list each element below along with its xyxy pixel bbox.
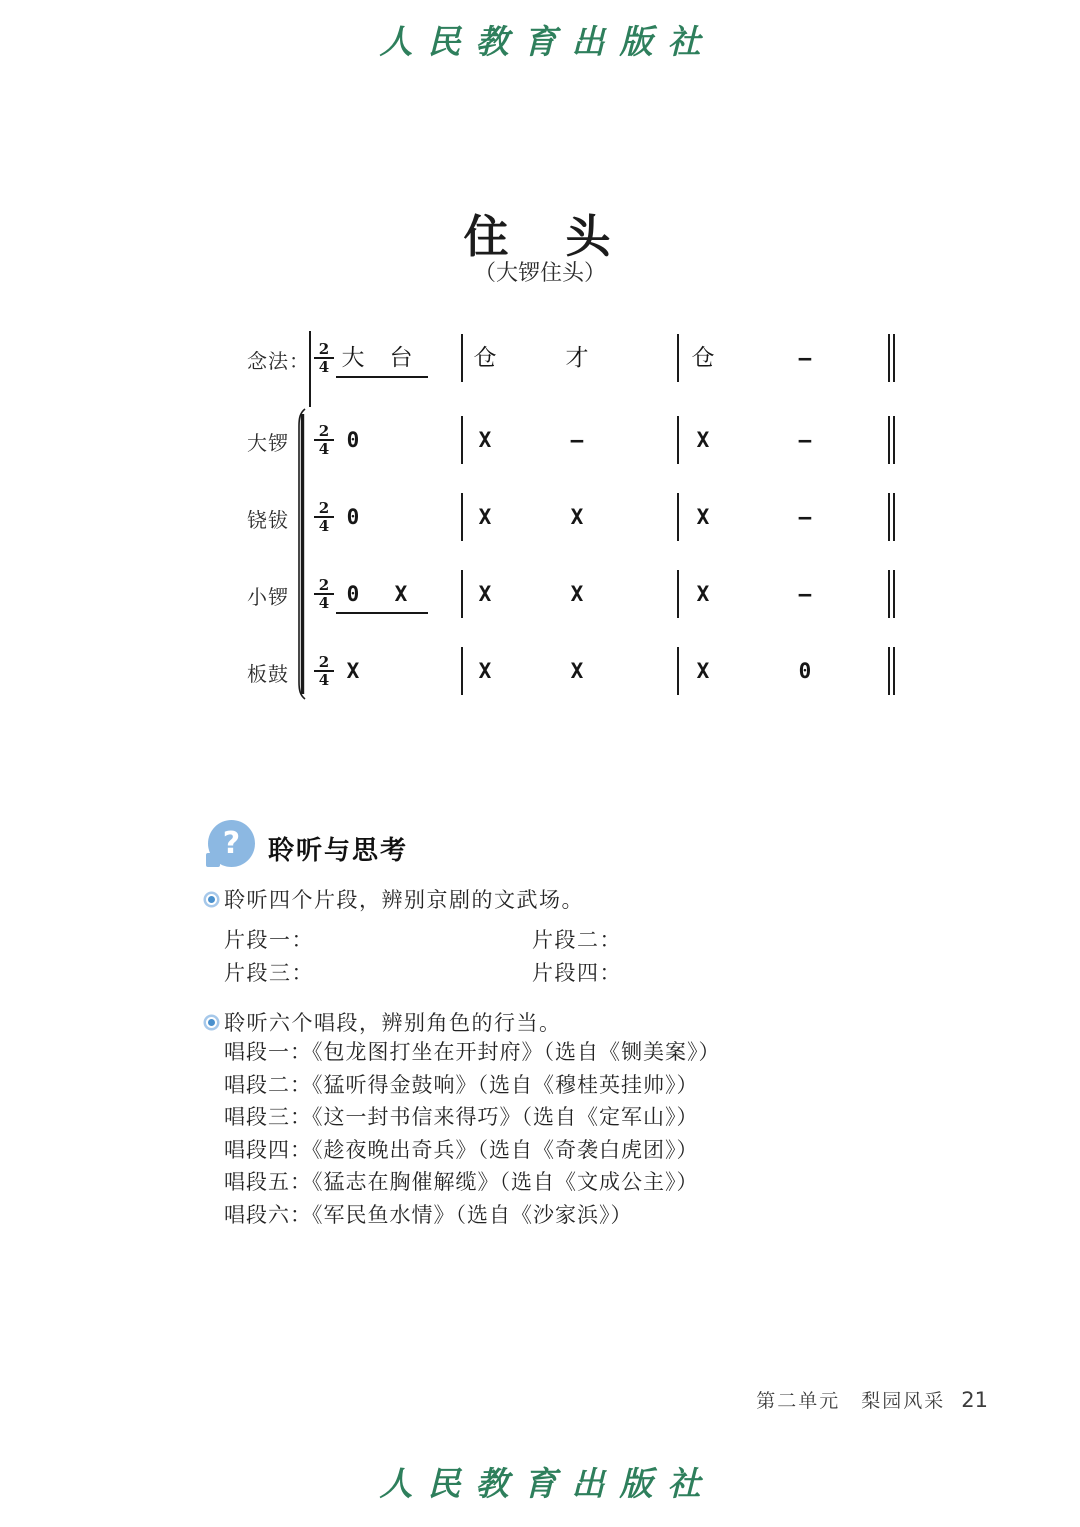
meter-bottom: 4 (314, 673, 334, 687)
note-cell: X (560, 654, 594, 688)
barline (677, 493, 679, 541)
section-heading: 聆听与思考 (268, 830, 408, 867)
score-row-xiaoluo: 小锣 2 4 0 X X X X – (0, 564, 1080, 624)
bullet-icon (206, 1017, 217, 1028)
barline (461, 334, 463, 382)
meter-top: 2 (314, 424, 334, 438)
start-barline (309, 331, 311, 407)
meter-top: 2 (314, 655, 334, 669)
final-barline (888, 493, 890, 541)
note-cell: X (468, 654, 502, 688)
blank-label-clip3: 片段三： (224, 958, 314, 988)
blank-label-clip1: 片段一： (224, 925, 314, 955)
aria-item-4: 唱段四：《趁夜晚出奇兵》（选自《奇袭白虎团》） (224, 1134, 721, 1167)
blank-label-clip2: 片段二： (532, 925, 622, 955)
final-barline (893, 570, 895, 618)
score-row-nianfa: 念法： 2 4 大 台 仓 才 仓 – (0, 328, 1080, 388)
note-cell: – (560, 423, 594, 457)
note-cell: 台 (384, 341, 418, 375)
note-cell: 0 (336, 423, 370, 457)
note-cell: – (788, 577, 822, 611)
note-cell: 大 (336, 341, 370, 375)
note-cell: X (560, 500, 594, 534)
row-label: 大锣 (247, 427, 317, 456)
meter-bottom: 4 (314, 596, 334, 610)
publisher-logo-bottom: 人民教育出版社 (0, 1458, 1080, 1505)
barline (677, 334, 679, 382)
aria-item-3: 唱段三：《这一封书信来得巧》（选自《定军山》） (224, 1101, 721, 1134)
time-signature: 2 4 (314, 578, 334, 610)
score-row-bangu: 板鼓 2 4 X X X X 0 (0, 641, 1080, 701)
barline (461, 416, 463, 464)
note-cell: X (686, 500, 720, 534)
question-bubble-icon: ? (204, 820, 264, 880)
textbook-page: 人民教育出版社 住 头 （大锣住头） 念法： 2 4 大 台 仓 才 仓 – (0, 0, 1080, 1527)
final-barline (888, 570, 890, 618)
score-row-daluo: 大锣 2 4 0 X – X – (0, 410, 1080, 470)
note-cell: 才 (560, 341, 594, 375)
barline (677, 416, 679, 464)
row-label: 板鼓 (247, 658, 317, 687)
aria-item-1: 唱段一：《包龙图打坐在开封府》（选自《铡美案》） (224, 1036, 721, 1069)
page-footer: 第二单元 梨园风采 21 (756, 1386, 988, 1413)
barline (461, 570, 463, 618)
time-signature: 2 4 (314, 501, 334, 533)
aria-list: 唱段一：《包龙图打坐在开封府》（选自《铡美案》） 唱段二：《猛听得金鼓响》（选自… (224, 1036, 721, 1231)
page-number: 21 (961, 1388, 988, 1412)
note-cell: 0 (336, 577, 370, 611)
percussion-score: 念法： 2 4 大 台 仓 才 仓 – 大锣 2 4 (0, 0, 1080, 760)
question-2-prompt: 聆听六个唱段，辨别角色的行当。 (224, 1008, 562, 1038)
aria-item-6: 唱段六：《军民鱼水情》（选自《沙家浜》） (224, 1199, 721, 1232)
meter-bottom: 4 (314, 360, 334, 374)
meter-top: 2 (314, 501, 334, 515)
note-cell: 仓 (468, 341, 502, 375)
note-cell: – (788, 423, 822, 457)
final-barline (888, 647, 890, 695)
note-cell: X (686, 654, 720, 688)
time-signature: 2 4 (314, 342, 334, 374)
row-label: 念法： (247, 345, 317, 374)
note-cell: X (468, 423, 502, 457)
time-signature: 2 4 (314, 424, 334, 456)
note-cell: – (788, 500, 822, 534)
barline (677, 570, 679, 618)
final-barline (893, 493, 895, 541)
barline (677, 647, 679, 695)
eighth-note-beam (336, 612, 428, 614)
time-signature: 2 4 (314, 655, 334, 687)
note-cell: X (686, 577, 720, 611)
note-cell: 仓 (686, 341, 720, 375)
aria-item-2: 唱段二：《猛听得金鼓响》（选自《穆桂英挂帅》） (224, 1069, 721, 1102)
note-cell: X (686, 423, 720, 457)
note-cell: 0 (788, 654, 822, 688)
aria-item-5: 唱段五：《猛志在胸催解缆》（选自《文成公主》） (224, 1166, 721, 1199)
note-cell: X (468, 577, 502, 611)
barline (461, 647, 463, 695)
note-cell: X (560, 577, 594, 611)
note-cell: X (336, 654, 370, 688)
final-barline (893, 416, 895, 464)
unit-label: 第二单元 梨园风采 (756, 1386, 945, 1413)
bullet-icon (206, 894, 217, 905)
meter-top: 2 (314, 578, 334, 592)
final-barline (893, 334, 895, 382)
final-barline (893, 647, 895, 695)
row-label: 铙钹 (247, 504, 317, 533)
score-row-naobo: 铙钹 2 4 0 X X X – (0, 487, 1080, 547)
meter-bottom: 4 (314, 519, 334, 533)
note-cell: 0 (336, 500, 370, 534)
final-barline (888, 416, 890, 464)
question-1-prompt: 聆听四个片段，辨别京剧的文武场。 (224, 885, 584, 915)
meter-bottom: 4 (314, 442, 334, 456)
final-barline (888, 334, 890, 382)
blank-label-clip4: 片段四： (532, 958, 622, 988)
note-cell: X (384, 577, 418, 611)
barline (461, 493, 463, 541)
question-mark-glyph: ? (208, 820, 255, 867)
meter-top: 2 (314, 342, 334, 356)
note-cell: X (468, 500, 502, 534)
eighth-note-beam (336, 376, 428, 378)
row-label: 小锣 (247, 581, 317, 610)
note-cell: – (788, 341, 822, 375)
